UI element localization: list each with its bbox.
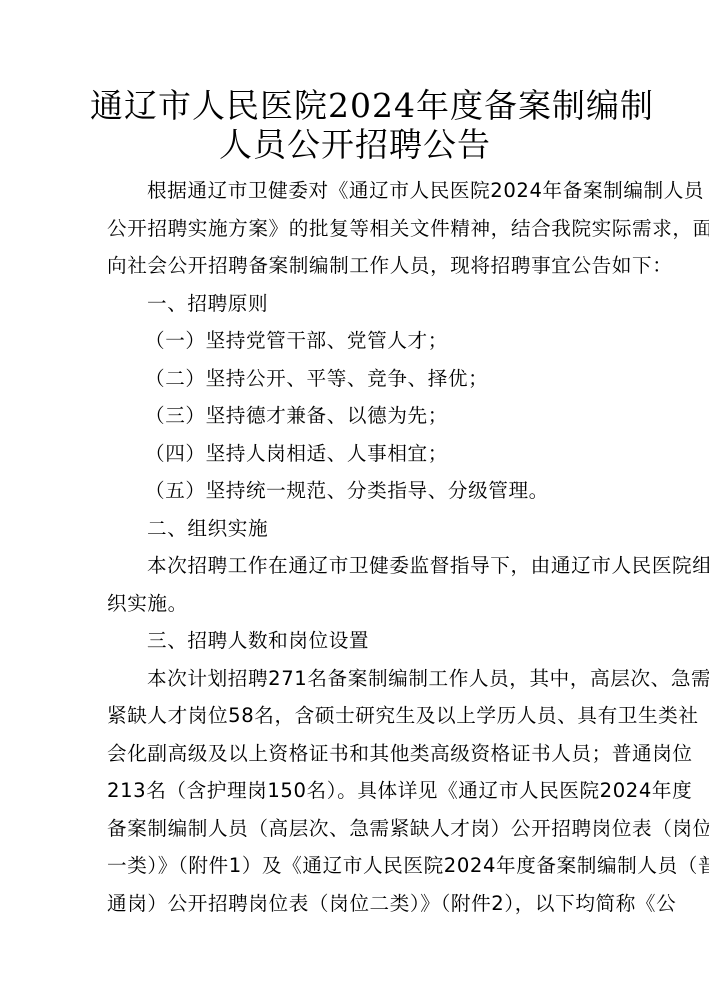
document-title: 通辽市人民医院2024年度备案制编制 人员公开招聘公告	[90, 86, 620, 164]
title-line-1: 通辽市人民医院2024年度备案制编制	[90, 86, 620, 125]
paragraph-positions-line: 紧缺人才岗位58名，含硕士研究生及以上学历人员、具有卫生类社	[107, 697, 601, 735]
section-heading-organization: 二、组织实施	[107, 510, 601, 548]
paragraph-intro-line: 公开招聘实施方案》的批复等相关文件精神，结合我院实际需求，面	[107, 210, 601, 248]
principle-item: （三）坚持德才兼备、以德为先；	[107, 397, 601, 435]
paragraph-positions-line: 一类）》（附件1）及《通辽市人民医院2024年度备案制编制人员（普	[107, 847, 601, 885]
principle-item: （二）坚持公开、平等、竞争、择优；	[107, 360, 601, 398]
paragraph-intro-line: 根据通辽市卫健委对《通辽市人民医院2024年备案制编制人员	[107, 172, 601, 210]
title-line-2: 人员公开招聘公告	[90, 125, 620, 164]
paragraph-positions-line: 213名（含护理岗150名）。具体详见《通辽市人民医院2024年度	[107, 772, 601, 810]
document-body: 根据通辽市卫健委对《通辽市人民医院2024年备案制编制人员 公开招聘实施方案》的…	[107, 172, 601, 922]
section-heading-positions: 三、招聘人数和岗位设置	[107, 622, 601, 660]
paragraph-organization-line: 本次招聘工作在通辽市卫健委监督指导下，由通辽市人民医院组	[107, 547, 601, 585]
paragraph-organization-line: 织实施。	[107, 585, 601, 623]
paragraph-positions-line: 本次计划招聘271名备案制编制工作人员，其中，高层次、急需	[107, 660, 601, 698]
principle-item: （一）坚持党管干部、党管人才；	[107, 322, 601, 360]
paragraph-positions-line: 通岗）公开招聘岗位表（岗位二类）》（附件2），以下均简称《公	[107, 885, 601, 923]
paragraph-positions-line: 备案制编制人员（高层次、急需紧缺人才岗）公开招聘岗位表（岗位	[107, 810, 601, 848]
document-page: 通辽市人民医院2024年度备案制编制 人员公开招聘公告 根据通辽市卫健委对《通辽…	[0, 0, 709, 1002]
paragraph-positions-line: 会化副高级及以上资格证书和其他类高级资格证书人员；普通岗位	[107, 735, 601, 773]
principle-item: （四）坚持人岗相适、人事相宜；	[107, 435, 601, 473]
section-heading-principles: 一、招聘原则	[107, 285, 601, 323]
paragraph-intro-line: 向社会公开招聘备案制编制工作人员，现将招聘事宜公告如下：	[107, 247, 601, 285]
principle-item: （五）坚持统一规范、分类指导、分级管理。	[107, 472, 601, 510]
